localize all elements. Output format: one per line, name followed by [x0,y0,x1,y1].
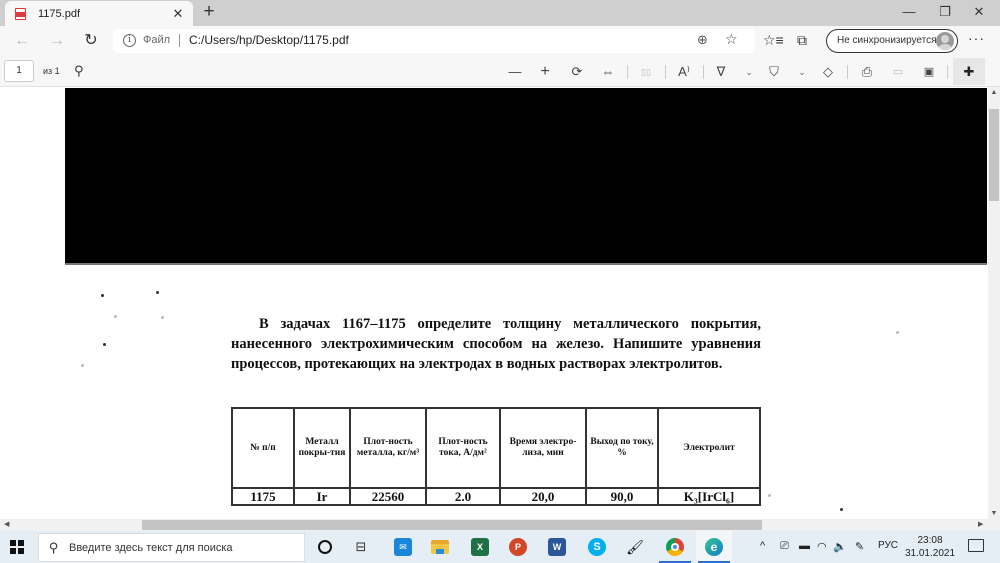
divider [947,65,948,79]
avatar [936,32,954,50]
profile-sync-button[interactable]: Не синхронизируется [826,29,958,53]
paragraph-bold: задачах 1167–1175 [280,316,405,332]
divider [627,65,628,79]
scroll-up-arrow-icon[interactable]: ▲ [988,89,1000,96]
meet-now-icon[interactable]: ⎚ [780,540,789,553]
taskbar-app-paint[interactable]: 🖌 [617,531,653,563]
task-table: № п/п Металл покры-тия Плот-ность металл… [231,407,761,506]
taskbar-app-excel[interactable]: X [462,531,498,563]
scan-speck [101,294,104,297]
address-bar[interactable]: i Файл C:/Users/hp/Desktop/1175.pdf ⊕ ☆ [113,29,755,53]
zoom-out-button[interactable]: — [504,62,526,82]
notifications-icon[interactable] [968,539,984,552]
language-indicator[interactable]: РУС [878,540,898,551]
pdf-viewer[interactable]: В задачах 1167–1175 определите толщину м… [0,87,988,519]
skype-icon: S [588,538,606,556]
highlight-icon[interactable]: ⛉ [763,62,785,82]
close-window-button[interactable]: ✕ [956,0,1000,26]
divider [847,65,848,79]
table-row: 1175 Ir 22560 2.0 20,0 90,0 K₃[IrCl₆] [232,488,760,505]
show-hidden-icons-chevron-up-icon[interactable]: ^ [760,540,765,552]
task-paragraph: В задачах 1167–1175 определите толщину м… [231,314,761,374]
mail-icon: ✉ [394,538,412,556]
search-icon: ⚲ [49,540,59,556]
cell-metal-density: 22560 [350,488,426,505]
header-current-density: Плот-ность тока, А/дм² [426,408,500,488]
tab-title: 1175.pdf [38,8,167,20]
header-electrolysis-time: Время электро-лиза, мин [500,408,586,488]
favorites-icon[interactable]: ☆≡ [763,32,784,49]
word-icon: W [548,538,566,556]
sync-label: Не синхронизируется [837,35,937,46]
refresh-button[interactable]: ↻ [79,30,103,52]
vertical-scrollbar[interactable]: ▲ ▼ [988,87,1000,519]
windows-logo-icon [10,540,16,546]
zoom-icon[interactable]: ⊕ [697,32,708,48]
header-metal: Металл покры-тия [294,408,350,488]
print-icon[interactable]: ⎙ [856,62,878,82]
cell-number: 1175 [232,488,294,505]
pen-icon[interactable]: ✎ [855,540,864,553]
header-current-yield: Выход по току, % [586,408,658,488]
back-button[interactable]: ← [10,30,34,52]
cell-current-yield: 90,0 [586,488,658,505]
scan-speck [161,316,164,319]
search-placeholder: Введите здесь текст для поиска [69,542,233,554]
cell-metal: Ir [294,488,350,505]
highlight-options-chevron-down-icon[interactable]: ⌄ [791,62,813,82]
pdf-toolbar: 1 из 1 ⚲ — + ⟳ ⇔ ▯▯ A⁾ ∇ ⌄ ⛉ ⌄ ◇ ⎙ ▭ ▣ ✚ [0,56,1000,87]
clock[interactable]: 23:08 31.01.2021 [900,534,960,560]
draw-options-chevron-down-icon[interactable]: ⌄ [738,62,760,82]
read-aloud-icon[interactable]: A⁾ [673,62,695,82]
paragraph-lead: В [259,316,269,332]
address-separator [179,34,180,47]
windows-logo-icon [18,548,24,554]
divider [665,65,666,79]
taskbar-app-edge[interactable]: e [696,531,732,563]
url-text[interactable]: C:/Users/hp/Desktop/1175.pdf [189,33,349,47]
tab-close-button[interactable]: ✕ [167,6,189,22]
tab-1175-pdf[interactable]: 1175.pdf ✕ [5,1,193,26]
powerpoint-icon: P [509,538,527,556]
taskbar-app-word[interactable]: W [539,531,575,563]
title-bar: 1175.pdf ✕ + — ❐ ✕ [0,0,1000,26]
scan-speck [156,291,159,294]
taskbar-app-mail[interactable]: ✉ [385,531,421,563]
windows-logo-icon [18,540,24,546]
search-icon[interactable]: ⚲ [74,63,84,79]
task-view-icon: ⊟ [356,539,367,555]
collections-icon[interactable]: ⧉ [797,32,807,49]
cortana-icon [318,540,332,554]
add-favorite-icon[interactable]: ☆ [725,31,738,48]
header-metal-density: Плот-ность металла, кг/м³ [350,408,426,488]
edge-icon: e [705,538,723,556]
cell-electrolysis-time: 20,0 [500,488,586,505]
scheme-label: Файл [143,34,170,46]
navigation-bar: ← → ↻ i Файл C:/Users/hp/Desktop/1175.pd… [0,26,1000,56]
scroll-right-arrow-icon[interactable]: ▶ [978,519,983,531]
taskbar-app-chrome[interactable] [657,531,693,563]
header-electrolyte: Электролит [658,408,760,488]
scroll-left-arrow-icon[interactable]: ◀ [4,519,9,531]
taskbar-search-input[interactable]: ⚲ Введите здесь текст для поиска [38,533,305,562]
excel-icon: X [471,538,489,556]
rotate-icon[interactable]: ⟳ [566,62,588,82]
paint-icon: 🖌 [626,539,644,556]
horizontal-scrollbar[interactable]: ◀ ▶ [0,519,988,531]
info-icon[interactable]: i [123,34,136,47]
start-button[interactable] [10,540,24,554]
scan-speck [81,364,84,367]
task-view-button[interactable]: ⊟ [343,531,379,563]
windows-logo-icon [10,548,16,554]
forward-button[interactable]: → [45,30,69,52]
battery-icon[interactable]: ▬ [799,540,810,552]
zoom-in-button[interactable]: + [534,62,556,82]
taskbar-app-skype[interactable]: S [579,531,615,563]
scan-speck [896,331,899,334]
new-tab-button[interactable]: + [198,2,220,24]
page-view-icon[interactable]: ▯▯ [635,62,657,82]
chrome-icon [666,538,684,556]
cell-current-density: 2.0 [426,488,500,505]
more-menu-button[interactable]: ··· [968,30,985,46]
scan-speck [103,343,106,346]
scan-speck [840,508,843,511]
pdf-file-icon [15,8,26,20]
vertical-scroll-thumb[interactable] [989,109,999,201]
header-number: № п/п [232,408,294,488]
page-total-label: из 1 [43,66,60,76]
cortana-button[interactable] [307,531,343,563]
scan-speck [114,315,117,318]
erase-icon[interactable]: ◇ [817,62,839,82]
redacted-region [65,88,987,265]
taskbar-app-file-explorer[interactable] [422,531,458,563]
volume-icon[interactable]: 🔈 [833,540,847,553]
taskbar-app-powerpoint[interactable]: P [500,531,536,563]
cell-electrolyte: K₃[IrCl₆] [658,488,760,505]
fit-to-width-icon[interactable]: ⇔ [597,62,619,82]
scrollbar-corner [988,519,1000,531]
page-number-input[interactable]: 1 [4,60,34,82]
table-header-row: № п/п Металл покры-тия Плот-ность металл… [232,408,760,488]
divider [703,65,704,79]
folder-icon [431,540,449,554]
clock-time: 23:08 [900,534,960,547]
wifi-icon[interactable]: ◠ [817,540,827,553]
draw-icon[interactable]: ∇ [710,62,732,82]
save-icon[interactable]: ▭ [887,62,909,82]
taskbar: ⚲ Введите здесь текст для поиска ⊟ ✉ X P… [0,531,1000,563]
scroll-down-arrow-icon[interactable]: ▼ [988,510,1000,517]
clock-date: 31.01.2021 [900,547,960,560]
horizontal-scroll-thumb[interactable] [142,520,762,530]
pin-toolbar-button[interactable]: ✚ [953,58,985,85]
scan-speck [768,494,771,497]
save-as-icon[interactable]: ▣ [918,62,940,82]
